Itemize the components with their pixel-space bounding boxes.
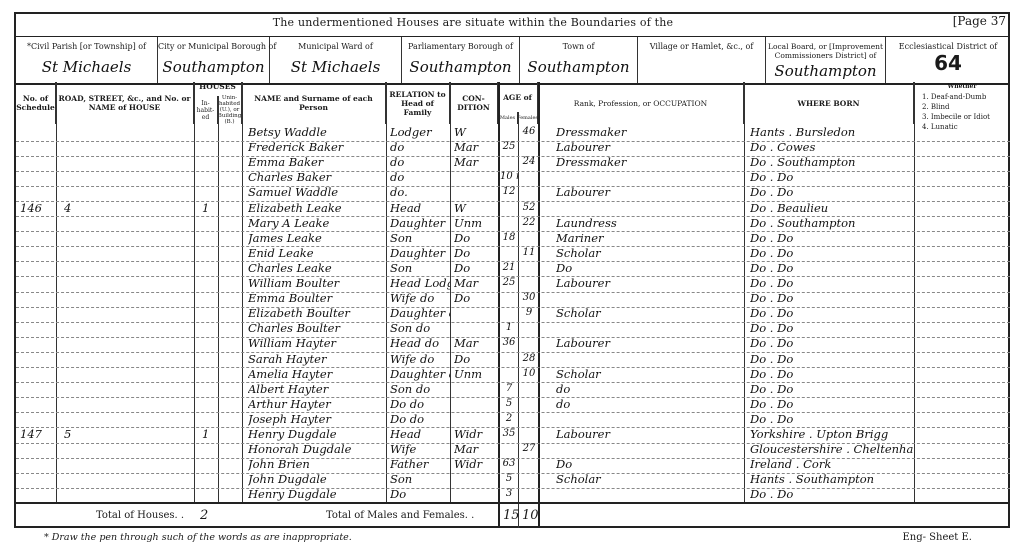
cell-occupation [556,169,742,186]
cell-occupation: Laundress [556,215,742,232]
col-occupation: Rank, Profession, or OCCUPATION [538,82,744,124]
cell-road [64,154,184,171]
cell-female [520,426,538,443]
cell-female [520,260,538,277]
cell-occupation: Labourer [556,426,742,443]
cell-born: Do . Do [750,169,914,186]
col-inhabited: In-habit-ed [194,96,218,124]
cell-female: 24 [520,154,538,171]
cell-schedule [20,396,56,413]
cell-male: 18 [500,230,518,247]
total-houses-value: 2 [200,508,208,523]
cell-occupation: Scholar [556,366,742,383]
cell-born: Do . Southampton [750,154,914,171]
cell-schedule [20,351,56,368]
cell-inhabited [202,124,216,141]
cell-male: 25 [500,139,518,156]
cell-condition [454,320,498,337]
cell-relation: Son [390,471,450,488]
cell-occupation: do [556,381,742,398]
cell-female [520,275,538,292]
cell-inhabited [202,366,216,383]
cell-occupation: Labourer [556,184,742,201]
field-value: Southampton [520,58,637,76]
cell-male [500,305,518,322]
cell-inhabited [202,245,216,262]
field-label: Local Board, or [Improvement Commissione… [766,42,885,60]
cell-relation: Daughter [390,215,450,232]
cell-inhabited [202,411,216,428]
cell-occupation [556,290,742,307]
cell-born: Hants . Bursledon [750,124,914,141]
cell-name: Betsy Waddle [248,124,384,141]
cell-schedule: 146 [20,200,56,217]
cell-female: 9 [520,305,538,322]
cell-road [64,230,184,247]
cell-occupation: Do [556,456,742,473]
cell-name: William Hayter [248,335,384,352]
cell-schedule [20,486,56,503]
cell-relation: Wife do [390,290,450,307]
cell-male: 3 [500,486,518,503]
cell-occupation: Scholar [556,471,742,488]
cell-relation: do [390,154,450,171]
cell-schedule [20,169,56,186]
col-road: ROAD, STREET, &c., and No. or NAME of HO… [56,82,194,124]
cell-road: 4 [64,200,184,217]
cell-born: Do . Do [750,305,914,322]
cell-relation: Son do [390,320,450,337]
cell-road [64,411,184,428]
cell-name: Frederick Baker [248,139,384,156]
cell-female [520,320,538,337]
cell-relation: Lodger [390,124,450,141]
cell-occupation: Scholar [556,305,742,322]
cell-male [500,351,518,368]
cell-born: Ireland . Cork [750,456,914,473]
cell-female: 30 [520,290,538,307]
cell-inhabited [202,215,216,232]
cell-condition: Mar [454,139,498,156]
cell-inhabited [202,154,216,171]
cell-male [500,290,518,307]
cell-born: Do . Do [750,381,914,398]
field-label: Town of [520,42,637,51]
cell-name: Amelia Hayter [248,366,384,383]
cell-condition: Unm [454,366,498,383]
sheet-label: Eng- Sheet E. [902,532,972,543]
cell-condition [454,184,498,201]
cell-born: Do . Do [750,275,914,292]
cell-born: Do . Do [750,290,914,307]
cell-name: Emma Boulter [248,290,384,307]
cell-occupation: Mariner [556,230,742,247]
cell-schedule [20,230,56,247]
total-houses-label: Total of Houses. . [96,510,184,521]
cell-relation: Daughter do [390,366,450,383]
field-value: Southampton [402,58,519,76]
cell-born: Do . Beaulieu [750,200,914,217]
field-municipal-ward: Municipal Ward of St Michaels [270,37,402,83]
cell-male: 1 [500,320,518,337]
cell-female [520,335,538,352]
cell-female [520,471,538,488]
cell-inhabited [202,275,216,292]
cell-born: Gloucestershire . Cheltenham [750,441,914,458]
cell-inhabited [202,260,216,277]
cell-inhabited [202,169,216,186]
cell-name: Henry Dugdale [248,486,384,503]
boundary-fields: *Civil Parish [or Township] of St Michae… [16,36,1010,85]
cell-schedule [20,305,56,322]
cell-born: Hants . Southampton [750,471,914,488]
cell-road [64,351,184,368]
col-houses: HOUSES [194,82,242,96]
cell-male: 5 [500,396,518,413]
cell-condition: W [454,124,498,141]
cell-female [520,396,538,413]
cell-schedule [20,184,56,201]
cell-road [64,471,184,488]
cell-inhabited [202,471,216,488]
cell-inhabited [202,184,216,201]
cell-born: Do . Do [750,230,914,247]
cell-schedule [20,154,56,171]
cell-relation: Father [390,456,450,473]
cell-male: 7 [500,381,518,398]
cell-name: John Brien [248,456,384,473]
cell-female: 52 [520,200,538,217]
cell-relation: do [390,169,450,186]
cell-female: 11 [520,245,538,262]
cell-relation: Do do [390,396,450,413]
cell-relation: Head do [390,335,450,352]
cell-road [64,305,184,322]
cell-male: 35 [500,426,518,443]
cell-female [520,381,538,398]
cell-road [64,441,184,458]
cell-relation: Head [390,426,450,443]
cell-road [64,124,184,141]
cell-inhabited [202,290,216,307]
cell-male [500,245,518,262]
cell-name: Charles Leake [248,260,384,277]
cell-road [64,139,184,156]
cell-female [520,486,538,503]
cell-schedule [20,456,56,473]
cell-schedule [20,124,56,141]
cell-schedule [20,411,56,428]
cell-name: Arthur Hayter [248,396,384,413]
cell-road [64,184,184,201]
cell-relation: do [390,139,450,156]
cell-relation: Wife do [390,351,450,368]
cell-condition: Mar [454,335,498,352]
field-label: Ecclesiastical District of [886,42,1010,51]
cell-male: 10 months [500,169,518,186]
cell-male [500,366,518,383]
cell-name: Joseph Hayter [248,411,384,428]
cell-born: Do . Do [750,351,914,368]
cell-occupation [556,200,742,217]
cell-male: 2 [500,411,518,428]
infirmity-2: 2. Blind [914,101,1010,111]
cell-occupation: Dressmaker [556,154,742,171]
cell-road [64,396,184,413]
cell-condition [454,305,498,322]
field-village: Village or Hamlet, &c., of [638,37,766,83]
infirmity-title: Whether [914,82,1010,91]
cell-inhabited [202,441,216,458]
cell-relation: Head [390,200,450,217]
cell-inhabited [202,351,216,368]
infirmity-1: 1. Deaf-and-Dumb [914,91,1010,101]
cell-born: Do . Southampton [750,215,914,232]
cell-road [64,320,184,337]
cell-female: 10 [520,366,538,383]
cell-occupation: Labourer [556,335,742,352]
cell-condition: Do [454,351,498,368]
totals-row: Total of Houses. . 2 Total of Males and … [16,502,1010,530]
cell-road [64,215,184,232]
cell-born: Do . Do [750,411,914,428]
cell-schedule [20,215,56,232]
cell-condition: Do [454,245,498,262]
col-females: Females [518,112,538,124]
cell-occupation [556,320,742,337]
cell-occupation: do [556,396,742,413]
field-town: Town of Southampton [520,37,638,83]
cell-born: Do . Cowes [750,139,914,156]
cell-condition [454,396,498,413]
cell-relation: Daughter do [390,305,450,322]
cell-name: Albert Hayter [248,381,384,398]
cell-male: 5 [500,471,518,488]
cell-relation: Do [390,486,450,503]
field-parliamentary-borough: Parliamentary Borough of Southampton [402,37,520,83]
field-label: Municipal Ward of [270,42,401,51]
col-males: Males [498,112,518,124]
infirmity-3: 3. Imbecile or Idiot [914,111,1010,121]
cell-condition [454,381,498,398]
cell-road [64,245,184,262]
cell-male: 21 [500,260,518,277]
field-local-board: Local Board, or [Improvement Commissione… [766,37,886,83]
cell-road [64,169,184,186]
cell-born: Do . Do [750,320,914,337]
cell-inhabited [202,305,216,322]
cell-condition: Mar [454,441,498,458]
cell-born: Do . Do [750,396,914,413]
cell-female [520,184,538,201]
cell-born: Do . Do [750,486,914,503]
cell-inhabited [202,335,216,352]
cell-name: James Leake [248,230,384,247]
cell-relation: Son [390,230,450,247]
field-municipal-borough: City or Municipal Borough of Southampton [158,37,270,83]
cell-condition: Mar [454,154,498,171]
cell-road [64,335,184,352]
col-name: NAME and Surname of each Person [242,82,386,124]
field-ecclesiastical-district: Ecclesiastical District of 64 [886,37,1010,83]
cell-schedule [20,245,56,262]
cell-condition: Do [454,230,498,247]
cell-condition: Mar [454,275,498,292]
cell-female [520,456,538,473]
cell-inhabited [202,381,216,398]
cell-relation: do. [390,184,450,201]
cell-condition [454,169,498,186]
cell-condition [454,471,498,488]
cell-inhabited [202,396,216,413]
cell-schedule [20,139,56,156]
cell-name: Henry Dugdale [248,426,384,443]
cell-name: Sarah Hayter [248,351,384,368]
cell-female [520,411,538,428]
cell-occupation: Labourer [556,139,742,156]
cell-schedule [20,260,56,277]
col-schedule: No. of Schedule [16,82,56,124]
cell-condition: Do [454,260,498,277]
cell-schedule [20,320,56,337]
cell-female [520,139,538,156]
cell-schedule [20,275,56,292]
cell-relation: Head Lodger [390,275,450,292]
col-relation: RELATION to Head of Family [386,82,450,124]
cell-occupation [556,486,742,503]
cell-relation: Do do [390,411,450,428]
col-age: AGE of [498,82,538,112]
cell-name: William Boulter [248,275,384,292]
cell-male: 63 [500,456,518,473]
cell-occupation: Dressmaker [556,124,742,141]
cell-relation: Daughter [390,245,450,262]
cell-road [64,381,184,398]
cell-born: Do . Do [750,335,914,352]
cell-schedule [20,381,56,398]
field-value: Southampton [158,58,269,76]
cell-female: 28 [520,351,538,368]
cell-relation: Son do [390,381,450,398]
total-females-value: 10 [522,508,539,523]
cell-condition: Do [454,290,498,307]
cell-name: Charles Baker [248,169,384,186]
cell-born: Yorkshire . Upton Brigg [750,426,914,443]
field-value: Southampton [766,62,885,80]
cell-name: Charles Boulter [248,320,384,337]
cell-road: 5 [64,426,184,443]
cell-occupation: Scholar [556,245,742,262]
field-label: Parliamentary Borough of [402,42,519,51]
cell-born: Do . Do [750,260,914,277]
col-uninhabited: Unin-habited (U.), or Building (B.) [218,96,242,124]
cell-schedule [20,366,56,383]
cell-name: Elizabeth Boulter [248,305,384,322]
cell-inhabited: 1 [202,426,216,443]
cell-inhabited [202,456,216,473]
cell-road [64,290,184,307]
cell-born: Do . Do [750,366,914,383]
cell-inhabited [202,486,216,503]
cell-occupation [556,441,742,458]
cell-name: Samuel Waddle [248,184,384,201]
cell-female: 22 [520,215,538,232]
cell-male: 25 [500,275,518,292]
cell-road [64,366,184,383]
field-value: St Michaels [270,58,401,76]
cell-schedule [20,290,56,307]
cell-schedule [20,441,56,458]
cell-inhabited [202,230,216,247]
cell-occupation [556,351,742,368]
cell-relation: Wife [390,441,450,458]
cell-male [500,124,518,141]
cell-born: Do . Do [750,245,914,262]
cell-male [500,215,518,232]
cell-inhabited [202,139,216,156]
cell-male: 12 [500,184,518,201]
field-civil-parish: *Civil Parish [or Township] of St Michae… [16,37,158,83]
census-page: The undermentioned Houses are situate wi… [14,12,1012,544]
col-where-born: WHERE BORN [744,82,914,124]
census-frame: *Civil Parish [or Township] of St Michae… [14,12,1010,528]
cell-name: Honorah Dugdale [248,441,384,458]
field-label: *Civil Parish [or Township] of [16,42,157,51]
cell-condition: Widr [454,426,498,443]
field-label: Village or Hamlet, &c., of [638,42,765,51]
total-males-value: 15 [503,508,520,523]
cell-relation: Son [390,260,450,277]
col-infirmity: Whether 1. Deaf-and-Dumb 2. Blind 3. Imb… [914,82,1010,124]
cell-schedule [20,335,56,352]
footnote: * Draw the pen through such of the words… [44,532,352,543]
cell-name: Mary A Leake [248,215,384,232]
cell-born: Do . Do [750,184,914,201]
cell-condition [454,486,498,503]
cell-male [500,154,518,171]
cell-name: John Dugdale [248,471,384,488]
cell-road [64,456,184,473]
cell-schedule [20,471,56,488]
cell-condition: Widr [454,456,498,473]
cell-inhabited [202,320,216,337]
cell-female [520,230,538,247]
cell-male [500,200,518,217]
cell-schedule: 147 [20,426,56,443]
cell-occupation [556,411,742,428]
cell-condition: W [454,200,498,217]
field-value: St Michaels [16,58,157,76]
cell-female: 27 [520,441,538,458]
cell-road [64,275,184,292]
cell-male [500,441,518,458]
total-persons-label: Total of Males and Females. . [326,510,474,521]
cell-road [64,486,184,503]
cell-name: Elizabeth Leake [248,200,384,217]
cell-female: 46 [520,124,538,141]
cell-occupation: Labourer [556,275,742,292]
cell-female [520,169,538,186]
cell-inhabited: 1 [202,200,216,217]
cell-name: Emma Baker [248,154,384,171]
col-condition: CON-DITION [450,82,498,124]
field-value: 64 [886,51,1010,75]
cell-condition: Unm [454,215,498,232]
cell-name: Enid Leake [248,245,384,262]
field-label: City or Municipal Borough of [158,42,269,51]
cell-road [64,260,184,277]
cell-condition [454,411,498,428]
